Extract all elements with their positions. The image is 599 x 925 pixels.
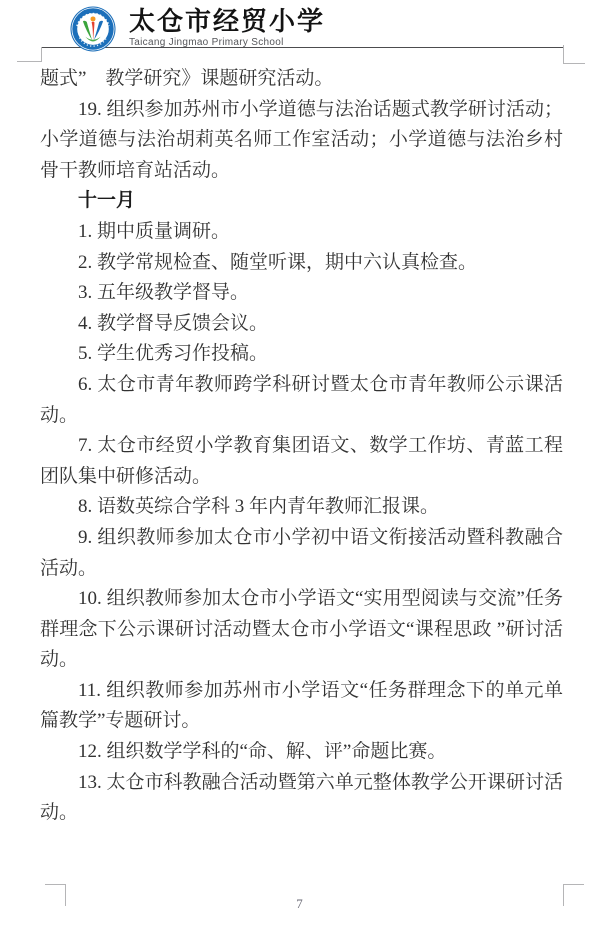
document-page: 太仓市经贸小学 Taicang Jingmao Primary School 题…	[0, 0, 599, 925]
list-item-10: 10. 组织教师参加太仓市小学语文“实用型阅读与交流”任务群理念下公示课研讨活动…	[40, 584, 563, 676]
school-name-english: Taicang Jingmao Primary School	[129, 37, 325, 48]
margin-mark-top-right	[563, 45, 585, 64]
school-logo-emblem-icon	[70, 6, 116, 52]
list-item-1: 1. 期中质量调研。	[40, 217, 563, 248]
list-item-5: 5. 学生优秀习作投稿。	[40, 339, 563, 370]
page-footer: 7	[0, 894, 599, 914]
list-item-6: 6. 太仓市青年教师跨学科研讨暨太仓市青年教师公示课活动。	[40, 370, 563, 431]
list-item-7: 7. 太仓市经贸小学教育集团语文、数学工作坊、青蓝工程团队集中研修活动。	[40, 431, 563, 492]
list-item-13: 13. 太仓市科教融合活动暨第六单元整体教学公开课研讨活动。	[40, 768, 563, 829]
list-item-11: 11. 组织教师参加苏州市小学语文“任务群理念下的单元单篇教学”专题研讨。	[40, 676, 563, 737]
paragraph-continuation: 题式” 教学研究》课题研究活动。	[40, 64, 563, 95]
list-item-3: 3. 五年级教学督导。	[40, 278, 563, 309]
list-item-9: 9. 组织教师参加太仓市小学初中语文衔接活动暨科教融合活动。	[40, 523, 563, 584]
school-name-chinese: 太仓市经贸小学	[129, 7, 325, 36]
school-logo	[70, 6, 116, 52]
page-number: 7	[296, 896, 303, 911]
paragraph-item-19: 19. 组织参加苏州市小学道德与法治话题式教学研讨活动；小学道德与法治胡莉英名师…	[40, 95, 563, 187]
list-item-12: 12. 组织数学学科的“命、解、评”命题比赛。	[40, 737, 563, 768]
page-header: 太仓市经贸小学 Taicang Jingmao Primary School	[0, 0, 599, 62]
document-body: 题式” 教学研究》课题研究活动。 19. 组织参加苏州市小学道德与法治话题式教学…	[40, 64, 563, 829]
list-item-2: 2. 教学常规检查、随堂听课，期中六认真检查。	[40, 248, 563, 279]
list-item-8: 8. 语数英综合学科 3 年内青年教师汇报课。	[40, 492, 563, 523]
margin-mark-top-left	[17, 47, 42, 62]
section-heading-november: 十一月	[40, 186, 563, 217]
school-title-block: 太仓市经贸小学 Taicang Jingmao Primary School	[129, 7, 325, 48]
list-item-4: 4. 教学督导反馈会议。	[40, 309, 563, 340]
